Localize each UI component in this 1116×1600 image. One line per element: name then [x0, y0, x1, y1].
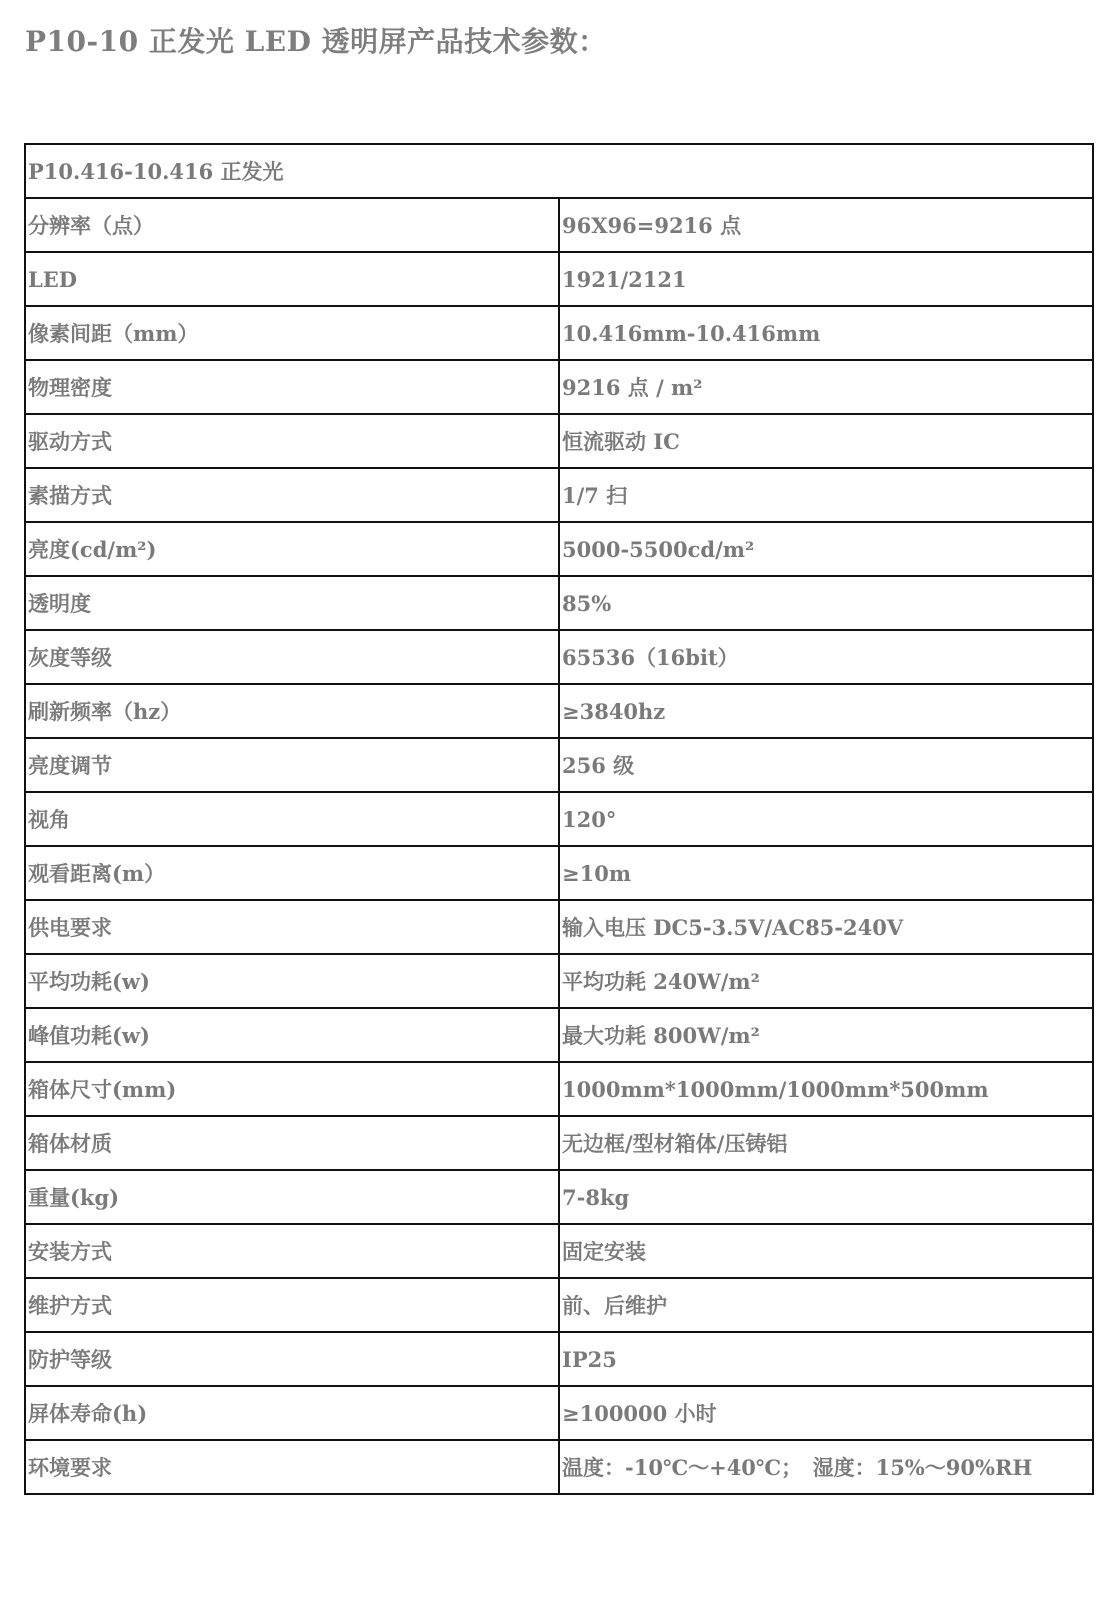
spec-value: 9216 点 / m² [559, 360, 1093, 414]
spec-label: 重量(kg) [25, 1170, 559, 1224]
table-row: 驱动方式恒流驱动 IC [25, 414, 1093, 468]
spec-label: 屏体寿命(h) [25, 1386, 559, 1440]
spec-value: 85% [559, 576, 1093, 630]
spec-value: 96X96=9216 点 [559, 198, 1093, 252]
table-row: 环境要求温度：-10℃～+40℃； 湿度：15%～90%RH [25, 1440, 1093, 1494]
spec-value: 1/7 扫 [559, 468, 1093, 522]
spec-label: 像素间距（mm） [25, 306, 559, 360]
spec-label: 透明度 [25, 576, 559, 630]
table-row: 亮度调节256 级 [25, 738, 1093, 792]
table-row: 峰值功耗(w)最大功耗 800W/m² [25, 1008, 1093, 1062]
spec-value: 最大功耗 800W/m² [559, 1008, 1093, 1062]
spec-label: 观看距离(m） [25, 846, 559, 900]
spec-value: 5000-5500cd/m² [559, 522, 1093, 576]
table-row: 亮度(cd/m²)5000-5500cd/m² [25, 522, 1093, 576]
spec-value: 10.416mm-10.416mm [559, 306, 1093, 360]
spec-value: 输入电压 DC5-3.5V/AC85-240V [559, 900, 1093, 954]
spec-label: 环境要求 [25, 1440, 559, 1494]
table-row: 透明度85% [25, 576, 1093, 630]
spec-value: 固定安装 [559, 1224, 1093, 1278]
table-row: 重量(kg)7-8kg [25, 1170, 1093, 1224]
spec-label: 灰度等级 [25, 630, 559, 684]
spec-value: 恒流驱动 IC [559, 414, 1093, 468]
spec-label: 供电要求 [25, 900, 559, 954]
spec-value: IP25 [559, 1332, 1093, 1386]
spec-value: ≥3840hz [559, 684, 1093, 738]
table-row: 防护等级IP25 [25, 1332, 1093, 1386]
table-header-cell: P10.416-10.416 正发光 [25, 144, 1093, 198]
table-row: 安装方式固定安装 [25, 1224, 1093, 1278]
spec-label: 视角 [25, 792, 559, 846]
spec-label: 防护等级 [25, 1332, 559, 1386]
table-row: 平均功耗(w)平均功耗 240W/m² [25, 954, 1093, 1008]
spec-label: 分辨率（点） [25, 198, 559, 252]
spec-label: 平均功耗(w) [25, 954, 559, 1008]
spec-label: 箱体尺寸(mm) [25, 1062, 559, 1116]
spec-value: 120° [559, 792, 1093, 846]
spec-table: P10.416-10.416 正发光 分辨率（点）96X96=9216 点LED… [24, 143, 1094, 1495]
table-row: 箱体尺寸(mm)1000mm*1000mm/1000mm*500mm [25, 1062, 1093, 1116]
spec-value: 前、后维护 [559, 1278, 1093, 1332]
spec-value: ≥100000 小时 [559, 1386, 1093, 1440]
page-title: P10-10 正发光 LED 透明屏产品技术参数： [25, 20, 607, 60]
spec-value: 1921/2121 [559, 252, 1093, 306]
table-row: 物理密度9216 点 / m² [25, 360, 1093, 414]
table-row: 供电要求输入电压 DC5-3.5V/AC85-240V [25, 900, 1093, 954]
table-row: 维护方式前、后维护 [25, 1278, 1093, 1332]
spec-value: 平均功耗 240W/m² [559, 954, 1093, 1008]
table-row: 像素间距（mm）10.416mm-10.416mm [25, 306, 1093, 360]
spec-label: 物理密度 [25, 360, 559, 414]
spec-value: ≥10m [559, 846, 1093, 900]
spec-value: 256 级 [559, 738, 1093, 792]
table-row: 素描方式1/7 扫 [25, 468, 1093, 522]
spec-label: 峰值功耗(w) [25, 1008, 559, 1062]
spec-value: 7-8kg [559, 1170, 1093, 1224]
table-row: 箱体材质无边框/型材箱体/压铸铝 [25, 1116, 1093, 1170]
spec-label: 安装方式 [25, 1224, 559, 1278]
table-row: 刷新频率（hz）≥3840hz [25, 684, 1093, 738]
table-row: LED 1921/2121 [25, 252, 1093, 306]
spec-value: 1000mm*1000mm/1000mm*500mm [559, 1062, 1093, 1116]
spec-label: 亮度调节 [25, 738, 559, 792]
spec-value: 温度：-10℃～+40℃； 湿度：15%～90%RH [559, 1440, 1093, 1494]
spec-label: LED [25, 252, 559, 306]
spec-label: 刷新频率（hz） [25, 684, 559, 738]
spec-value: 65536（16bit） [559, 630, 1093, 684]
spec-label: 亮度(cd/m²) [25, 522, 559, 576]
spec-label: 素描方式 [25, 468, 559, 522]
table-row: 屏体寿命(h)≥100000 小时 [25, 1386, 1093, 1440]
spec-label: 箱体材质 [25, 1116, 559, 1170]
table-row: 视角120° [25, 792, 1093, 846]
table-row: 分辨率（点）96X96=9216 点 [25, 198, 1093, 252]
table-row: 灰度等级65536（16bit） [25, 630, 1093, 684]
spec-label: 驱动方式 [25, 414, 559, 468]
spec-label: 维护方式 [25, 1278, 559, 1332]
spec-value: 无边框/型材箱体/压铸铝 [559, 1116, 1093, 1170]
table-row: 观看距离(m）≥10m [25, 846, 1093, 900]
table-header-row: P10.416-10.416 正发光 [25, 144, 1093, 198]
